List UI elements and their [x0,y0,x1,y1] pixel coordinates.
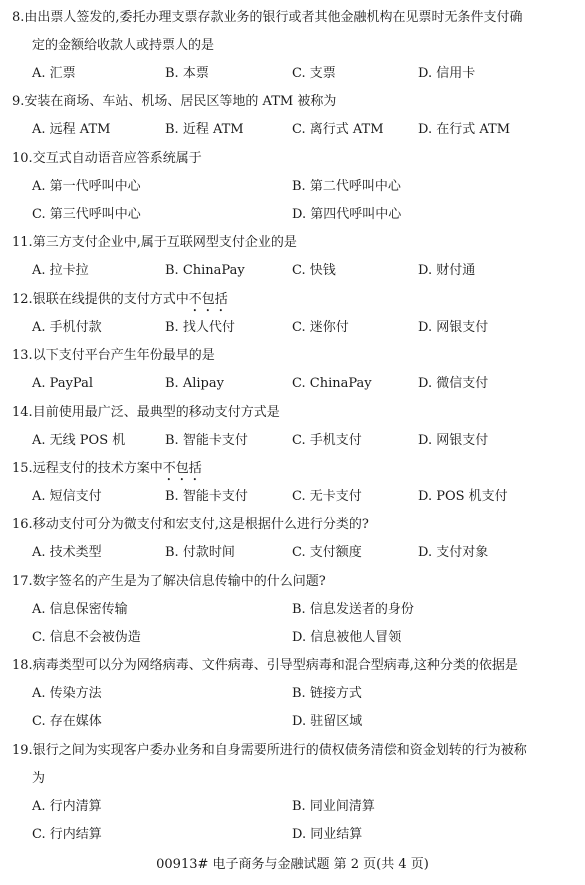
option-b[interactable]: B. 同业间清算 [292,799,375,815]
question-18-options-row2: C. 存在媒体 D. 驻留区域 [0,714,585,730]
question-9-options: A. 远程 ATM B. 近程 ATM C. 离行式 ATM D. 在行式 AT… [0,122,585,138]
option-d[interactable]: D. 驻留区域 [292,714,362,730]
question-number: 12. [12,292,33,307]
option-d[interactable]: D. 信息被他人冒领 [292,630,401,646]
question-11: 11.第三方支付企业中,属于互联网型支付企业的是 [12,235,297,251]
option-c[interactable]: C. 信息不会被伪造 [32,630,141,646]
question-18-options-row1: A. 传染方法 B. 链接方式 [0,686,585,702]
option-c[interactable]: C. 支付额度 [292,545,362,561]
option-b[interactable]: B. Alipay [165,376,224,392]
option-d[interactable]: D. 同业结算 [292,827,362,843]
option-c[interactable]: C. 第三代呼叫中心 [32,207,141,223]
option-a[interactable]: A. 技术类型 [32,545,102,561]
option-a[interactable]: A. 行内清算 [32,799,102,815]
option-a[interactable]: A. 传染方法 [32,686,102,702]
question-19-options-row1: A. 行内清算 B. 同业间清算 [0,799,585,815]
question-text: 银联在线提供的支付方式中 [33,292,189,307]
option-b[interactable]: B. 链接方式 [292,686,362,702]
option-d[interactable]: D. 在行式 ATM [418,122,510,138]
option-b[interactable]: B. 智能卡支付 [165,489,248,505]
question-number: 9. [12,94,24,109]
question-16-options: A. 技术类型 B. 付款时间 C. 支付额度 D. 支付对象 [0,545,585,561]
question-number: 8. [12,10,24,25]
question-12: 12.银联在线提供的支付方式中不包括 [12,292,228,308]
exam-page: 8.由出票人签发的,委托办理支票存款业务的银行或者其他金融机构在见票时无条件支付… [0,0,585,885]
question-9: 9.安装在商场、车站、机场、居民区等地的 ATM 被称为 [12,94,336,110]
option-a[interactable]: A. 第一代呼叫中心 [32,179,141,195]
option-b[interactable]: B. 付款时间 [165,545,235,561]
question-number: 13. [12,348,33,363]
option-b[interactable]: B. 智能卡支付 [165,433,248,449]
question-number: 14. [12,405,33,420]
question-number: 17. [12,574,33,589]
question-8: 8.由出票人签发的,委托办理支票存款业务的银行或者其他金融机构在见票时无条件支付… [12,10,523,26]
question-text: 远程支付的技术方案中 [33,461,163,476]
question-text: 安装在商场、车站、机场、居民区等地的 ATM 被称为 [24,94,336,109]
option-a[interactable]: A. 手机付款 [32,320,102,336]
question-19-options-row2: C. 行内结算 D. 同业结算 [0,827,585,843]
question-14-options: A. 无线 POS 机 B. 智能卡支付 C. 手机支付 D. 网银支付 [0,433,585,449]
option-d[interactable]: D. 网银支付 [418,433,488,449]
question-number: 10. [12,151,33,166]
option-b[interactable]: B. 近程 ATM [165,122,244,138]
option-d[interactable]: D. 网银支付 [418,320,488,336]
option-c[interactable]: C. ChinaPay [292,376,372,392]
option-d[interactable]: D. 支付对象 [418,545,488,561]
option-c[interactable]: C. 存在媒体 [32,714,102,730]
question-text: 目前使用最广泛、最典型的移动支付方式是 [33,405,280,420]
question-10-options-row1: A. 第一代呼叫中心 B. 第二代呼叫中心 [0,179,585,195]
question-number: 16. [12,517,33,532]
option-c[interactable]: C. 快钱 [292,263,336,279]
option-a[interactable]: A. 短信支付 [32,489,102,505]
option-c[interactable]: C. 行内结算 [32,827,102,843]
option-c[interactable]: C. 离行式 ATM [292,122,384,138]
option-b[interactable]: B. 信息发送者的身份 [292,602,414,618]
option-b[interactable]: B. 第二代呼叫中心 [292,179,401,195]
question-text: 银行之间为实现客户委办业务和自身需要所进行的债权债务清偿和资金划转的行为被称 [33,743,527,758]
question-12-options: A. 手机付款 B. 找人代付 C. 迷你付 D. 网银支付 [0,320,585,336]
option-a[interactable]: A. 远程 ATM [32,122,110,138]
question-15-options: A. 短信支付 B. 智能卡支付 C. 无卡支付 D. POS 机支付 [0,489,585,505]
option-c[interactable]: C. 迷你付 [292,320,349,336]
question-number: 19. [12,743,33,758]
option-a[interactable]: A. PayPal [32,376,93,392]
question-15: 15.远程支付的技术方案中不包括 [12,461,202,477]
question-8-continued: 定的金额给收款人或持票人的是 [32,38,214,54]
question-text: 数字签名的产生是为了解决信息传输中的什么问题? [33,574,326,589]
emphasized-text: 不包括 [189,292,228,307]
question-text: 第三方支付企业中,属于互联网型支付企业的是 [33,235,297,250]
question-text: 交互式自动语音应答系统属于 [33,151,202,166]
option-a[interactable]: A. 无线 POS 机 [32,433,125,449]
option-b[interactable]: B. ChinaPay [165,263,245,279]
option-d[interactable]: D. POS 机支付 [418,489,508,505]
question-17-options-row1: A. 信息保密传输 B. 信息发送者的身份 [0,602,585,618]
question-19-continued: 为 [32,771,45,787]
question-17-options-row2: C. 信息不会被伪造 D. 信息被他人冒领 [0,630,585,646]
page-footer: 00913# 电子商务与金融试题 第 2 页(共 4 页) [0,857,585,873]
question-19: 19.银行之间为实现客户委办业务和自身需要所进行的债权债务清偿和资金划转的行为被… [12,743,527,759]
option-d[interactable]: D. 第四代呼叫中心 [292,207,401,223]
question-10: 10.交互式自动语音应答系统属于 [12,151,202,167]
question-14: 14.目前使用最广泛、最典型的移动支付方式是 [12,405,280,421]
question-17: 17.数字签名的产生是为了解决信息传输中的什么问题? [12,574,326,590]
emphasized-text: 不包括 [163,461,202,476]
question-text: 以下支付平台产生年份最早的是 [33,348,215,363]
question-text: 病毒类型可以分为网络病毒、文件病毒、引导型病毒和混合型病毒,这种分类的依据是 [33,658,518,673]
question-8-options: A. 汇票 B. 本票 C. 支票 D. 信用卡 [0,66,585,82]
question-text: 移动支付可分为微支付和宏支付,这是根据什么进行分类的? [33,517,369,532]
option-d[interactable]: D. 信用卡 [418,66,475,82]
question-13-options: A. PayPal B. Alipay C. ChinaPay D. 微信支付 [0,376,585,392]
option-c[interactable]: C. 无卡支付 [292,489,362,505]
option-a[interactable]: A. 信息保密传输 [32,602,128,618]
option-d[interactable]: D. 微信支付 [418,376,488,392]
question-text: 由出票人签发的,委托办理支票存款业务的银行或者其他金融机构在见票时无条件支付确 [24,10,522,25]
option-b[interactable]: B. 找人代付 [165,320,235,336]
option-a[interactable]: A. 拉卡拉 [32,263,89,279]
option-c[interactable]: C. 手机支付 [292,433,362,449]
option-a[interactable]: A. 汇票 [32,66,76,82]
question-number: 18. [12,658,33,673]
question-16: 16.移动支付可分为微支付和宏支付,这是根据什么进行分类的? [12,517,369,533]
option-c[interactable]: C. 支票 [292,66,336,82]
option-b[interactable]: B. 本票 [165,66,209,82]
option-d[interactable]: D. 财付通 [418,263,475,279]
question-11-options: A. 拉卡拉 B. ChinaPay C. 快钱 D. 财付通 [0,263,585,279]
question-18: 18.病毒类型可以分为网络病毒、文件病毒、引导型病毒和混合型病毒,这种分类的依据… [12,658,518,674]
question-number: 15. [12,461,33,476]
question-number: 11. [12,235,33,250]
question-13: 13.以下支付平台产生年份最早的是 [12,348,215,364]
question-10-options-row2: C. 第三代呼叫中心 D. 第四代呼叫中心 [0,207,585,223]
